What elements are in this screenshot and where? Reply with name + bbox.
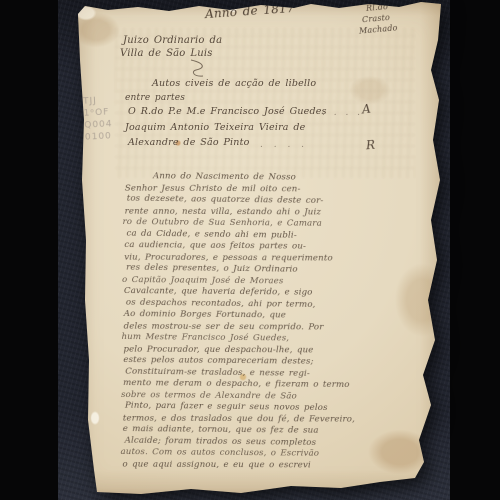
defendant-mark: R xyxy=(366,138,376,153)
case-title-line2: entre partes xyxy=(125,93,185,103)
paper-sheet: Anno de 1817 Rl.doCrastoMachado Juizo Or… xyxy=(70,0,450,500)
defendant-name-line2: Alexandre de São Pinto xyxy=(128,137,250,148)
corner-annotation: Rl.doCrastoMachado xyxy=(357,0,398,36)
flourish-mark xyxy=(188,58,212,80)
handwritten-line: o que aqui assignou, e eu que o escrevi xyxy=(122,459,377,472)
handwritten-line: autos. Com os autos conclusos, o Escrivã… xyxy=(120,447,375,461)
archive-pencil-line: 0100 xyxy=(85,130,114,143)
court-heading: Juizo Ordinario da Villa de São Luis xyxy=(123,34,222,60)
plaintiff-mark: A xyxy=(361,102,371,117)
handwritten-line: Ao dominio Borges Fortunado, que xyxy=(124,309,379,323)
leader-dots: . . . . xyxy=(260,140,308,150)
court-heading-line1: Juizo Ordinario da xyxy=(123,34,222,47)
manuscript-page: Anno de 1817 Rl.doCrastoMachado Juizo Or… xyxy=(70,0,450,500)
case-title-line1: Autos civeis de acção de libello xyxy=(152,78,316,89)
leader-dots: . . . . xyxy=(322,108,363,118)
year-heading: Anno de 1817 xyxy=(205,1,295,21)
body-paragraph: Anno do Nascimento de NossoSenhor Jesus … xyxy=(122,171,380,472)
defendant-name-line1: Joaquim Antonio Teixeira Vieira de xyxy=(125,122,306,133)
handwritten-line: hum Mestre Francisco José Guedes, xyxy=(121,332,376,346)
handwritten-line: Anno do Nascimento de Nosso xyxy=(125,171,380,185)
handwritten-line: ca audiencia, que aos feitos partes ou- xyxy=(124,240,379,254)
plaintiff-name: O R.do P.e M.e Francisco José Guedes xyxy=(128,106,327,117)
archive-pencil-note: TJJ1ᵒOFQ0040100 xyxy=(83,94,114,143)
